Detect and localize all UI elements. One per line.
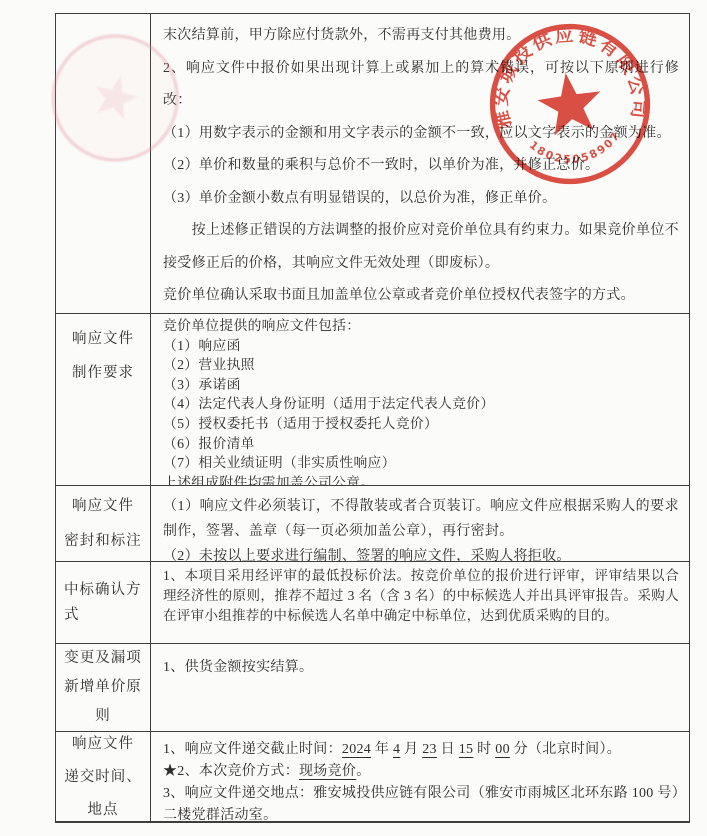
table-row: 中标确认方 式1、本项目采用经评审的最低投标价法。按竞价单位的报价进行评审，评审… — [56, 562, 689, 644]
row-label: 响应文件 递交时间、 地点 — [56, 732, 151, 822]
paragraph: （3）单价金额小数点有明显错误的，以总价为准，修正单价。 — [163, 183, 679, 216]
paragraph: （1）响应函 — [163, 336, 679, 356]
table-row: 末次结算前，甲方除应付货款外，不需再支付其他费用。2、响应文件中报价如果出现计算… — [56, 14, 689, 314]
paragraph: 3、响应文件递交地点：雅安城投供应链有限公司（雅安市雨城区北环东路 100 号）… — [163, 783, 679, 822]
paragraph: 竞价单位提供的响应文件包括： — [163, 316, 679, 336]
paragraph: （2）单价和数量的乘积与总价不一致时，以单价为准，并修正总价。 — [163, 150, 679, 183]
paragraph: （1）响应文件必须装订，不得散装或者合页装订。响应文件应根据采购人的要求制作，签… — [163, 494, 679, 544]
table-row: 变更及漏项 新增单价原 则1、供货金额按实结算。 — [56, 644, 689, 732]
paragraph: 1、本项目采用经评审的最低投标价法。按竞价单位的报价进行评审，评审结果以合理经济… — [163, 566, 679, 625]
paragraph: （2）营业执照 — [163, 355, 679, 375]
row-label: 响应文件 密封和标注 — [56, 486, 151, 561]
paragraph: （3）承诺函 — [163, 375, 679, 395]
paragraph: 末次结算前，甲方除应付货款外，不需再支付其他费用。 — [163, 20, 679, 53]
row-content: 1、供货金额按实结算。 — [151, 644, 689, 731]
table-row: 响应文件 递交时间、 地点1、响应文件递交截止时间：2024 年 4 月 23 … — [56, 732, 689, 822]
paragraph: （2）未按以上要求进行编制、签署的响应文件，采购人将拒收。 — [163, 544, 679, 561]
row-label: 中标确认方 式 — [56, 562, 151, 643]
row-content: 竞价单位提供的响应文件包括：（1）响应函（2）营业执照（3）承诺函（4）法定代表… — [151, 314, 689, 485]
row-content: 末次结算前，甲方除应付货款外，不需再支付其他费用。2、响应文件中报价如果出现计算… — [151, 14, 689, 313]
row-content: 1、本项目采用经评审的最低投标价法。按竞价单位的报价进行评审，评审结果以合理经济… — [151, 562, 689, 643]
bidding-terms-table: 末次结算前，甲方除应付货款外，不需再支付其他费用。2、响应文件中报价如果出现计算… — [55, 13, 690, 823]
table-row: 响应文件 密封和标注（1）响应文件必须装订，不得散装或者合页装订。响应文件应根据… — [56, 486, 689, 562]
paragraph: 按上述修正错误的方法调整的报价应对竞价单位具有约束力。如果竞价单位不接受修正后的… — [163, 215, 679, 280]
paragraph: ★2、本次竞价方式：现场竞价。 — [163, 761, 679, 783]
paragraph: （1）用数字表示的金额和用文字表示的金额不一致，应以文字表示的金额为准。 — [163, 118, 679, 151]
row-label: 响应文件 制作要求 — [56, 314, 151, 485]
paragraph: （7）相关业绩证明（非实质性响应） — [163, 453, 679, 473]
row-label — [56, 14, 151, 313]
row-content: （1）响应文件必须装订，不得散装或者合页装订。响应文件应根据采购人的要求制作，签… — [151, 486, 689, 561]
paragraph: 2、响应文件中报价如果出现计算上或累加上的算术错误，可按以下原则进行修改： — [163, 53, 679, 118]
paragraph: 竞价单位确认采取书面且加盖单位公章或者竞价单位授权代表签字的方式。 — [163, 280, 679, 313]
paragraph: 1、供货金额按实结算。 — [163, 656, 679, 680]
document-page: 末次结算前，甲方除应付货款外，不需再支付其他费用。2、响应文件中报价如果出现计算… — [0, 0, 707, 836]
paragraph: 1、响应文件递交截止时间：2024 年 4 月 23 日 15 时 00 分（北… — [163, 739, 679, 761]
paragraph: （5）授权委托书（适用于授权委托人竞价） — [163, 414, 679, 434]
row-label: 变更及漏项 新增单价原 则 — [56, 644, 151, 731]
paragraph: （4）法定代表人身份证明（适用于法定代表人竞价） — [163, 394, 679, 414]
paragraph: （6）报价清单 — [163, 434, 679, 454]
table-row: 响应文件 制作要求竞价单位提供的响应文件包括：（1）响应函（2）营业执照（3）承… — [56, 314, 689, 486]
paragraph: 上述组成附件均需加盖公司公章。 — [163, 473, 679, 485]
row-content: 1、响应文件递交截止时间：2024 年 4 月 23 日 15 时 00 分（北… — [151, 732, 689, 822]
